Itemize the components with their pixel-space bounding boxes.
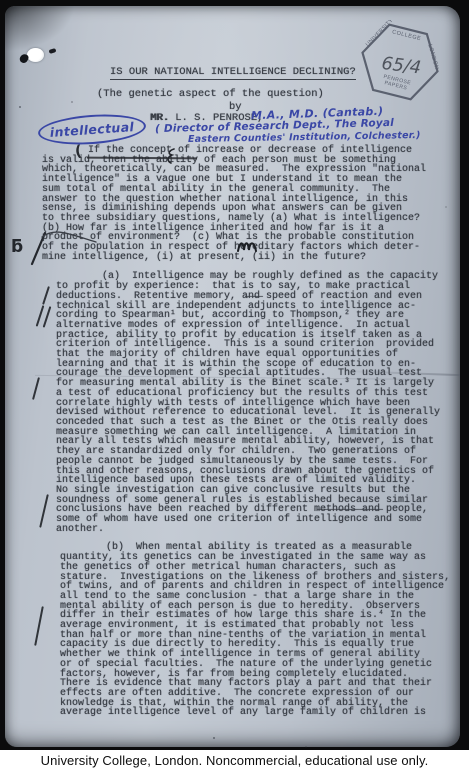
scanned-document-page: { "frame": { "caption": "University Coll…	[0, 0, 469, 770]
circled-word-text: intellectual	[49, 119, 134, 140]
svg-text:ƃ: ƃ	[11, 237, 23, 257]
typed-line: mine intelligence, (i) at present, (ii) …	[42, 253, 460, 263]
paper-speck	[71, 101, 73, 103]
typed-line: average intelligence level of any large …	[60, 708, 460, 718]
stamp-arc-right: LONDON	[427, 44, 440, 71]
paragraph: (b) When mental ability is treated as a …	[60, 543, 460, 718]
typed-line: some of whom have used one criterion of …	[56, 515, 460, 525]
ink-smudge	[49, 48, 57, 54]
punch-hole	[27, 48, 44, 62]
scribble-over-word	[237, 240, 258, 253]
paragraph: (a) Intelligence may be roughly defined …	[56, 272, 460, 534]
paper-speck	[19, 106, 21, 108]
hexagonal-archive-stamp: UNIVERSITY COLLEGE LONDON 65/4 PENROSE P…	[353, 20, 447, 104]
document-page: UNIVERSITY COLLEGE LONDON 65/4 PENROSE P…	[5, 6, 460, 747]
paper-speck	[213, 737, 215, 739]
ink-smudge	[18, 53, 29, 65]
corner-shadow	[5, 6, 75, 52]
margin-squiggle-mark: ƃ	[9, 224, 97, 270]
paper-speck	[305, 746, 307, 748]
paper-speck	[445, 206, 447, 208]
typed-line: another.	[56, 525, 460, 535]
document-subtitle: (The genetic aspect of the question)	[97, 88, 324, 100]
stamp-arc-left: UNIVERSITY	[365, 20, 395, 48]
insertion-mark	[165, 148, 177, 164]
caption-text: University College, London. Noncommercia…	[41, 753, 429, 768]
circled-word-annotation: intellectual	[37, 111, 147, 147]
image-caption-bar: University College, London. Noncommercia…	[0, 750, 469, 770]
document-title: IS OUR NATIONAL INTELLIGENCE DECLINING?	[110, 66, 356, 80]
